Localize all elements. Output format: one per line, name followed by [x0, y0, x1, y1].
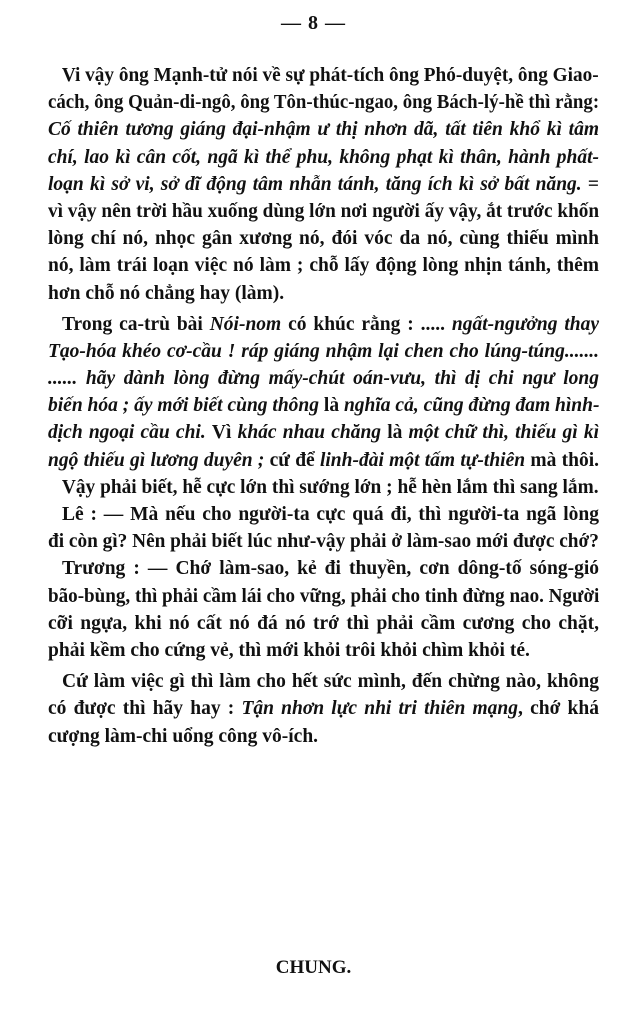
italic-text: Tận nhơn lực nhi tri thiên mạng [241, 698, 518, 719]
text-span: vì vậy nên trời hầu xuống dùng lớn nơi n… [48, 201, 599, 222]
text-span: Trương : — Chớ làm-sao, kẻ đi thuyền, cơ… [62, 558, 599, 579]
text-span: Trong ca-trù bài [62, 314, 210, 335]
text-line: Cố thiên tương giáng đại-nhậm ư thị nhơn… [48, 116, 599, 143]
italic-text: dịch ngoại cầu chi. [48, 422, 212, 443]
text-span: nó, làm trái loạn việc nó làm ; chỗ lấy … [48, 255, 599, 276]
text-line: dịch ngoại cầu chi. Vì khác nhau chăng l… [48, 419, 599, 446]
text-line: ...... hãy dành lòng đừng mấy-chút oán-v… [48, 365, 599, 392]
text-span: , chớ khá [518, 698, 599, 719]
text-span: lòng chí nó, nhọc gân xương nó, đói vóc … [48, 228, 599, 249]
text-span: cỡi ngựa, khi nó cất nó đá nó trớ thì ph… [48, 613, 599, 634]
text-span: có khúc rằng : ..... [281, 314, 452, 335]
text-span: = [582, 174, 599, 195]
text-line: loạn kì sở vi, sở dĩ động tâm nhẫn tánh,… [48, 171, 599, 198]
italic-text: nghĩa cả, cũng đừng đam hình- [339, 395, 599, 416]
italic-text: khác nhau chăng [238, 422, 388, 443]
text-line: hơn chỗ nó chẳng hay (làm). [48, 280, 599, 307]
text-span: mà thôi. [525, 450, 599, 471]
italic-text: Tạo-hóa khéo cơ-cầu ! ráp giáng nhậm lại… [48, 341, 599, 362]
text-line: cượng làm-chi uổng công vô-ích. [48, 723, 599, 750]
text-span: cứ để [270, 450, 320, 471]
text-line: Cứ làm việc gì thì làm cho hết sức mình,… [48, 668, 599, 695]
text-span: Lê : — Mà nếu cho người-ta cực quá đi, t… [62, 504, 599, 525]
text-line: cách, ông Quản-di-ngô, ông Tôn-thúc-ngao… [48, 89, 581, 116]
text-span: có được thì hãy hay : [48, 698, 241, 719]
page-number: — 8 — [0, 12, 627, 35]
text-line: ngộ thiếu gì lương duyên ; cứ để linh-đà… [48, 447, 599, 474]
end-mark: CHUNG. [0, 957, 627, 979]
italic-text: ngộ thiếu gì lương duyên ; [48, 450, 270, 471]
text-line: Tạo-hóa khéo cơ-cầu ! ráp giáng nhậm lại… [48, 338, 599, 365]
text-line: lòng chí nó, nhọc gân xương nó, đói vóc … [48, 225, 599, 252]
text-line: vì vậy nên trời hầu xuống dùng lớn nơi n… [48, 198, 591, 225]
text-span: cách, ông Quản-di-ngô, ông Tôn-thúc-ngao… [48, 92, 599, 113]
italic-text: chí, lao kì cân cốt, ngã kì thể phu, khô… [48, 147, 599, 168]
text-span: bão-bùng, thì phải cầm lái cho vững, phả… [48, 586, 599, 607]
text-line: Vi vậy ông Mạnh-tử nói về sự phát-tích ô… [48, 62, 592, 89]
text-span: là [324, 395, 339, 416]
text-line: đi còn gì? Nên phải biết lúc như-vậy phả… [48, 528, 593, 555]
text-span: hơn chỗ nó chẳng hay (làm). [48, 283, 284, 304]
text-span: Vậy phải biết, hễ cực lớn thì sướng lớn … [62, 477, 599, 498]
text-span: cượng làm-chi uổng công vô-ích. [48, 726, 318, 747]
text-line: Lê : — Mà nếu cho người-ta cực quá đi, t… [48, 501, 599, 528]
text-span: phải kềm cho cứng vẻ, thì mới khỏi trôi … [48, 640, 530, 661]
text-line: bão-bùng, thì phải cầm lái cho vững, phả… [48, 583, 587, 610]
text-line: có được thì hãy hay : Tận nhơn lực nhi t… [48, 695, 599, 722]
text-line: Trong ca-trù bài Nói-nom có khúc rằng : … [48, 311, 599, 338]
italic-text: biến hóa ; ấy mới biết cùng thông [48, 395, 324, 416]
italic-text: Nói-nom [210, 314, 282, 335]
text-line: phải kềm cho cứng vẻ, thì mới khỏi trôi … [48, 637, 599, 664]
text-span: Vi vậy ông Mạnh-tử nói về sự phát-tích ô… [62, 65, 599, 86]
text-span: đi còn gì? Nên phải biết lúc như-vậy phả… [48, 531, 599, 552]
italic-text: ngất-ngưởng thay [452, 314, 599, 335]
text-span: Cứ làm việc gì thì làm cho hết sức mình,… [62, 671, 599, 692]
text-line: nó, làm trái loạn việc nó làm ; chỗ lấy … [48, 252, 599, 279]
text-line: chí, lao kì cân cốt, ngã kì thể phu, khô… [48, 144, 599, 171]
text-line: Vậy phải biết, hễ cực lớn thì sướng lớn … [48, 474, 595, 501]
body-text: Vi vậy ông Mạnh-tử nói về sự phát-tích ô… [48, 62, 599, 750]
text-span: là [387, 422, 402, 443]
text-line: biến hóa ; ấy mới biết cùng thông là ngh… [48, 392, 599, 419]
italic-text: Cố thiên tương giáng đại-nhậm ư thị nhơn… [48, 119, 599, 140]
italic-text: linh-đài một tấm tự-thiên [320, 450, 525, 471]
italic-text: ...... hãy dành lòng đừng mấy-chút oán-v… [48, 368, 599, 389]
italic-text: loạn kì sở vi, sở dĩ động tâm nhẫn tánh,… [48, 174, 582, 195]
text-span: Vì [212, 422, 238, 443]
italic-text: một chữ thì, thiếu gì kì [402, 422, 599, 443]
text-line: Trương : — Chớ làm-sao, kẻ đi thuyền, cơ… [48, 555, 599, 582]
text-line: cỡi ngựa, khi nó cất nó đá nó trớ thì ph… [48, 610, 599, 637]
